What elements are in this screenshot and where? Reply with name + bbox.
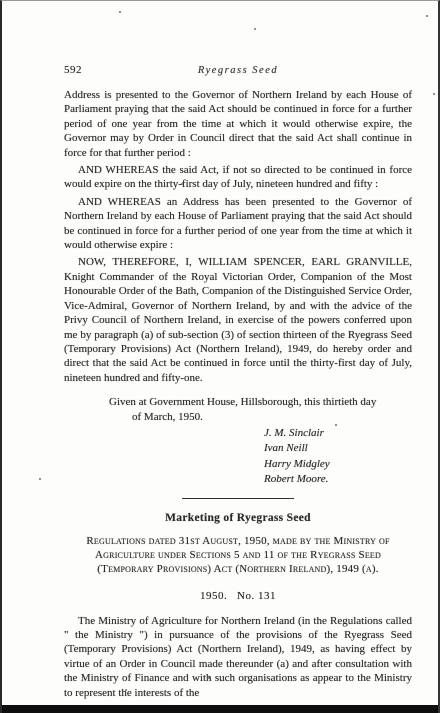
attestation: Given at Government House, Hillsborough,… xyxy=(64,395,412,424)
regulation-number: 1950. No. 131 xyxy=(64,590,412,602)
signature: Ivan Neill xyxy=(264,441,412,457)
page-number: 592 xyxy=(64,63,134,77)
preamble-line: (Temporary Provisions) Act (Northern Ire… xyxy=(64,562,412,576)
page-header: 592 Ryegrass Seed xyxy=(64,63,412,78)
scan-speck xyxy=(426,15,428,17)
order-paragraph-now-therefore: NOW, THEREFORE, I, WILLIAM SPENCER, EARL… xyxy=(64,255,412,385)
regulations-opening-paragraph: The Ministry of Agriculture for Northern… xyxy=(64,614,412,700)
scan-edge-bar xyxy=(2,705,438,713)
scan-speck xyxy=(433,93,435,95)
section-divider-rule xyxy=(182,498,294,499)
signature-block: J. M. Sinclair Ivan Neill Harry Midgley … xyxy=(264,426,412,488)
section-title: Marketing of Ryegrass Seed xyxy=(64,512,412,524)
signature: Harry Midgley xyxy=(264,457,412,473)
scan-speck xyxy=(119,11,121,13)
order-paragraph-whereas-2: AND WHEREAS an Address has been presente… xyxy=(64,195,412,253)
regulations-preamble: Regulations dated 31st August, 1950, mad… xyxy=(64,534,412,577)
attestation-line-2: of March, 1950. xyxy=(132,410,412,424)
scanned-document-page: 592 Ryegrass Seed Address is presented t… xyxy=(0,0,440,713)
attestation-line-1: Given at Government House, Hillsborough,… xyxy=(109,395,412,409)
order-paragraph-whereas-1: AND WHEREAS the said Act, if not so dire… xyxy=(64,163,412,192)
signature: J. M. Sinclair xyxy=(264,426,412,442)
signature: Robert Moore. xyxy=(264,472,412,488)
scan-speck xyxy=(254,28,256,30)
order-paragraph-continuation: Address is presented to the Governor of … xyxy=(64,88,412,160)
scan-speck xyxy=(39,478,41,480)
preamble-line: Agriculture under Sections 5 and 11 of t… xyxy=(64,548,412,562)
page-content: 592 Ryegrass Seed Address is presented t… xyxy=(64,63,412,713)
running-head: Ryegrass Seed xyxy=(134,64,342,78)
preamble-line: Regulations dated 31st August, 1950, mad… xyxy=(64,534,412,548)
